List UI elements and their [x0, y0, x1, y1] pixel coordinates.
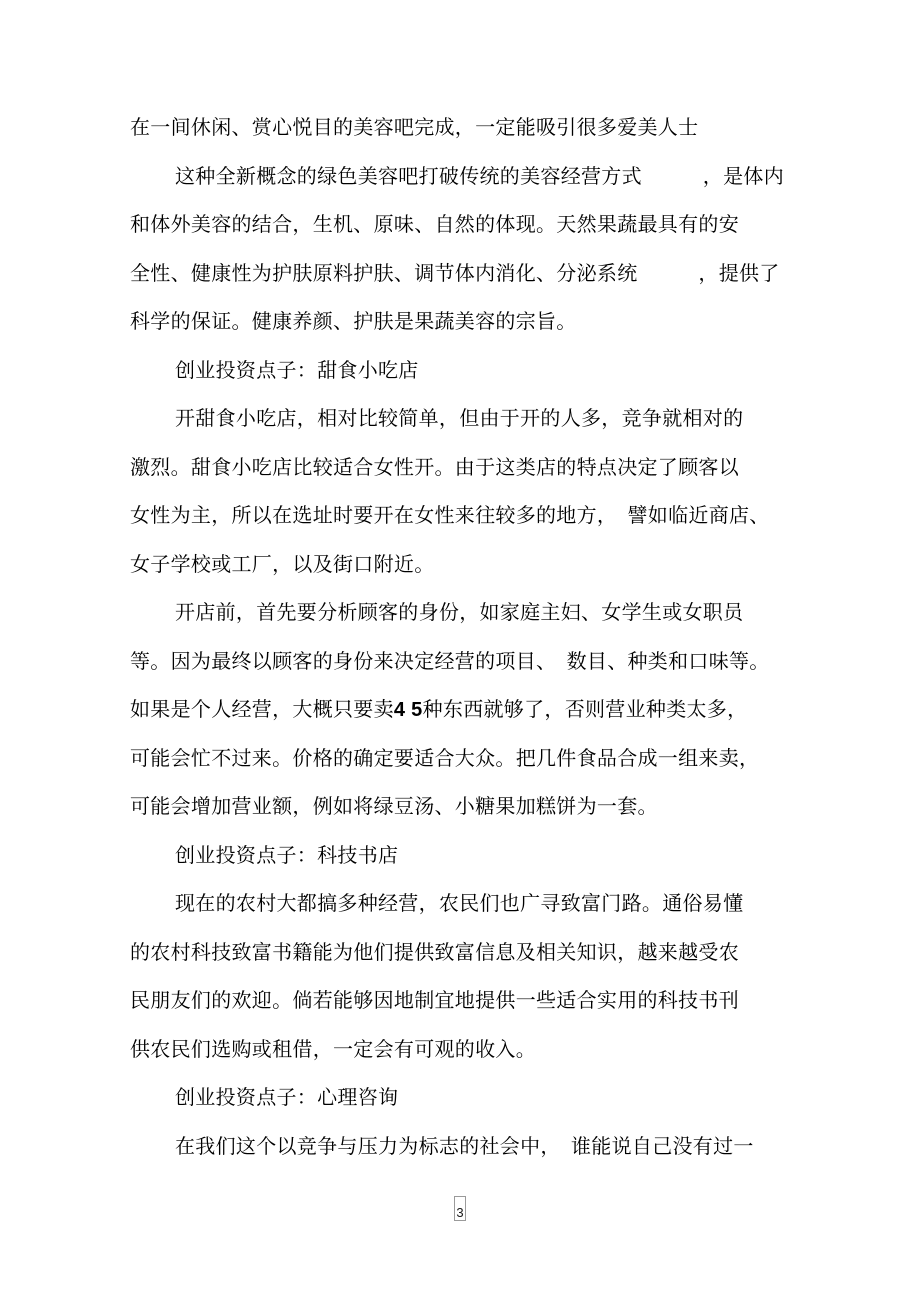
text-line: 可能会忙不过来。价格的确定要适合大众。把几件食品合成一组来卖，: [130, 735, 850, 784]
text-segment: 和体外美容的结合，生机、原味、自然的体现。天然果蔬最具有的安: [130, 214, 739, 236]
text-line: 的农村科技致富书籍能为他们提供致富信息及相关知识，越来越受农: [130, 929, 850, 978]
text-segment: 女性为主，所以在选址时要开在女性来往较多的地方， 譬如临近商店、: [130, 505, 770, 527]
text-segment: 的农村科技致富书籍能为他们提供致富信息及相关知识，越来越受农: [130, 942, 739, 964]
text-line: 激烈。甜食小吃店比较适合女性开。由于这类店的特点决定了顾客以: [130, 444, 850, 493]
page-number: 3: [456, 1205, 463, 1220]
text-line: 开甜食小吃店，相对比较简单，但由于开的人多，竞争就相对的: [130, 395, 850, 444]
text-segment: 在我们这个以竞争与压力为标志的社会中， 谁能说自己没有过一: [175, 1136, 754, 1158]
text-segment: 可能会增加营业额，例如将绿豆汤、小糖果加糕饼为一套。: [130, 796, 658, 818]
text-segment: 创业投资点子：甜食小吃店: [175, 360, 419, 382]
text-segment: 创业投资点子：科技书店: [175, 845, 398, 867]
text-segment: 可能会忙不过来。价格的确定要适合大众。把几件食品合成一组来卖，: [130, 748, 759, 770]
text-segment: 开甜食小吃店，相对比较简单，但由于开的人多，竞争就相对的: [175, 408, 743, 430]
text-line: 如果是个人经营，大概只要卖4 5种东西就够了，否则营业种类太多，: [130, 686, 850, 735]
text-line: 创业投资点子：心理咨询: [130, 1074, 850, 1123]
text-segment: 种东西就够了，否则营业种类太多，: [423, 699, 748, 721]
text-line: 可能会增加营业额，例如将绿豆汤、小糖果加糕饼为一套。: [130, 783, 850, 832]
text-line: 等。因为最终以顾客的身份来决定经营的项目、 数目、种类和口味等。: [130, 638, 850, 687]
text-segment: 供农民们选购或租借，一定会有可观的收入。: [130, 1039, 536, 1061]
page-number-frame: 3: [454, 1196, 466, 1221]
text-line: 女性为主，所以在选址时要开在女性来往较多的地方， 譬如临近商店、: [130, 492, 850, 541]
text-line: 全性、健康性为护肤原料护肤、调节体内消化、分泌系统 ，提供了: [130, 250, 850, 299]
text-line: 现在的农村大都搞多种经营，农民们也广寻致富门路。通俗易懂: [130, 880, 850, 929]
text-line: 在我们这个以竞争与压力为标志的社会中， 谁能说自己没有过一: [130, 1123, 850, 1172]
text-segment: 激烈。甜食小吃店比较适合女性开。由于这类店的特点决定了顾客以: [130, 457, 739, 479]
document-body: 在一间休闲、赏心悦目的美容吧完成，一定能吸引很多爱美人士这种全新概念的绿色美容吧…: [130, 104, 850, 1171]
text-line: 创业投资点子：科技书店: [130, 832, 850, 881]
text-segment: 女子学校或工厂，以及街口附近。: [130, 554, 435, 576]
text-line: 女子学校或工厂，以及街口附近。: [130, 541, 850, 590]
text-segment: 创业投资点子：心理咨询: [175, 1087, 398, 1109]
text-line: 民朋友们的欢迎。倘若能够因地制宜地提供一些适合实用的科技书刊: [130, 977, 850, 1026]
text-segment: 等。因为最终以顾客的身份来决定经营的项目、 数目、种类和口味等。: [130, 651, 770, 673]
text-segment: 这种全新概念的绿色美容吧打破传统的美容经营方式 ，是体内: [175, 166, 784, 188]
text-line: 这种全新概念的绿色美容吧打破传统的美容经营方式 ，是体内: [130, 153, 850, 202]
text-line: 和体外美容的结合，生机、原味、自然的体现。天然果蔬最具有的安: [130, 201, 850, 250]
text-segment: 开店前，首先要分析顾客的身份，如家庭主妇、女学生或女职员: [175, 602, 743, 624]
text-segment: 现在的农村大都搞多种经营，农民们也广寻致富门路。通俗易懂: [175, 893, 743, 915]
text-segment: 民朋友们的欢迎。倘若能够因地制宜地提供一些适合实用的科技书刊: [130, 990, 739, 1012]
text-line: 在一间休闲、赏心悦目的美容吧完成，一定能吸引很多爱美人士: [130, 104, 850, 153]
text-segment: 在一间休闲、赏心悦目的美容吧完成，一定能吸引很多爱美人士: [130, 117, 698, 139]
text-line: 科学的保证。健康养颜、护肤是果蔬美容的宗旨。: [130, 298, 850, 347]
text-segment-bold: 4 5: [394, 699, 423, 721]
text-segment: 全性、健康性为护肤原料护肤、调节体内消化、分泌系统 ，提供了: [130, 263, 780, 285]
text-segment: 如果是个人经营，大概只要卖: [130, 699, 394, 721]
text-line: 开店前，首先要分析顾客的身份，如家庭主妇、女学生或女职员: [130, 589, 850, 638]
text-line: 供农民们选购或租借，一定会有可观的收入。: [130, 1026, 850, 1075]
document-page: 在一间休闲、赏心悦目的美容吧完成，一定能吸引很多爱美人士这种全新概念的绿色美容吧…: [0, 0, 920, 1303]
text-segment: 科学的保证。健康养颜、护肤是果蔬美容的宗旨。: [130, 311, 577, 333]
text-line: 创业投资点子：甜食小吃店: [130, 347, 850, 396]
